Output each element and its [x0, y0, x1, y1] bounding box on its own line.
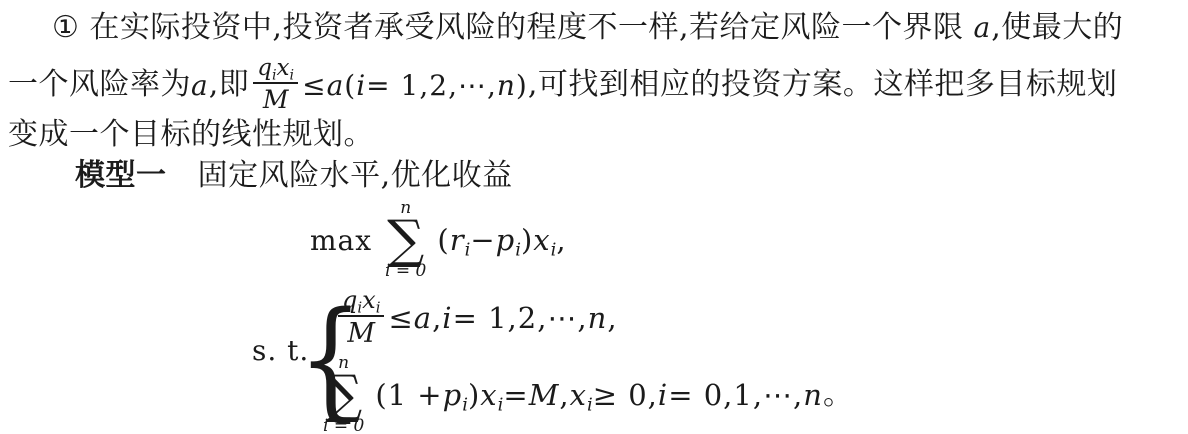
math-var-n: n [497, 69, 516, 102]
max-operator: max [310, 224, 372, 257]
sigma-symbol: ∑ [325, 373, 362, 417]
math-var-x: x [277, 55, 290, 81]
fraction-numerator: qixi [253, 55, 298, 83]
objective-formula: max n ∑ i = 0 ( ri − pi ) xi , [310, 200, 567, 280]
close-paren: ) [521, 223, 533, 257]
close-paren: ) [468, 378, 480, 412]
open-paren: ( [344, 69, 356, 102]
math-var-q: q [257, 55, 272, 81]
math-var-i: i [442, 301, 452, 335]
inline-fraction: qixi M [253, 55, 298, 116]
math-var-n: n [588, 301, 608, 335]
text-run: ① 在实际投资中,投资者承受风险的程度不一样,若给定风险一个界限 [52, 10, 974, 45]
math-var-p: pi [496, 223, 521, 257]
model-heading: 模型一 固定风险水平,优化收益 [75, 158, 513, 194]
text-run: 一个风险率为 [8, 67, 191, 103]
constraint-1: qixi M ≤ a , i = 1,2,⋯, n , [334, 286, 618, 350]
document-page: ① 在实际投资中,投资者承受风险的程度不一样,若给定风险一个界限 a,使最大的 … [0, 0, 1188, 434]
summation: n ∑ i = 0 [385, 199, 426, 281]
sigma-symbol: ∑ [387, 218, 424, 262]
var-letter: p [496, 223, 516, 257]
math-var-M: M [347, 317, 375, 351]
model-title: 固定风险水平,优化收益 [198, 158, 513, 193]
comma: , [432, 301, 442, 335]
comma: , [556, 223, 566, 257]
summation: n ∑ i = 0 [323, 354, 364, 434]
close-paren: ) [516, 69, 528, 102]
math-var-a: a [974, 11, 992, 44]
math-var-a: a [414, 301, 432, 335]
var-letter: x [570, 378, 587, 412]
math-var-x: x [362, 286, 376, 314]
fraction-numerator: qixi [338, 286, 384, 315]
math-var-q: q [342, 286, 357, 314]
math-var-a: a [327, 69, 345, 102]
math-var-M: M [263, 84, 289, 115]
text-run: ,可找到相应的投资方案。这样把多目标规划 [528, 67, 1118, 103]
math-var-p: pi [443, 378, 468, 412]
sum-lower-limit: i = 0 [323, 417, 364, 434]
subscript-i: i [290, 67, 295, 83]
math-var-M: M [529, 378, 560, 412]
equals-sign: = [503, 378, 528, 412]
paragraph-line-1: ① 在实际投资中,投资者承受风险的程度不一样,若给定风险一个界限 a,使最大的 [52, 10, 1123, 46]
math-var-x: xi [533, 223, 556, 257]
paragraph-line-3: 变成一个目标的线性规划。 [8, 117, 374, 153]
open-paren: ( [437, 223, 449, 257]
cjk-period: 。 [823, 377, 854, 413]
math-run: = 1,2,⋯, [366, 69, 497, 102]
leq-sign: ≤ [388, 301, 413, 335]
math-var-i: i [658, 378, 668, 412]
math-var-r: ri [450, 223, 471, 257]
text-run: ,即 [209, 67, 250, 103]
var-letter: x [480, 378, 497, 412]
math-var-a: a [191, 69, 209, 102]
display-fraction: qixi M [338, 286, 384, 351]
paragraph-line-2: 一个风险率为 a ,即 qixi M ≤ a ( i = 1,2,⋯, n ) … [8, 53, 1117, 117]
math-run: (1 + [375, 378, 442, 412]
math-var-x: xi [570, 378, 593, 412]
math-var-x: xi [480, 378, 503, 412]
subscript-i: i [376, 298, 381, 316]
minus-operator: − [470, 223, 495, 257]
var-letter: x [533, 223, 550, 257]
var-letter: r [450, 223, 465, 257]
sum-lower-limit: i = 0 [385, 262, 426, 281]
math-run: = 1,2,⋯, [453, 301, 588, 335]
comma: , [559, 378, 569, 412]
model-label: 模型一 [75, 158, 167, 193]
math-var-i: i [356, 69, 366, 102]
constraint-2: n ∑ i = 0 (1 + pi ) xi = M , xi ≥ 0, i =… [318, 356, 853, 434]
var-letter: p [443, 378, 463, 412]
text-run: ,使最大的 [991, 10, 1123, 45]
geq-run: ≥ 0, [593, 378, 658, 412]
math-run: = 0,1,⋯, [668, 378, 803, 412]
leq-sign: ≤ [302, 69, 326, 102]
comma: , [607, 301, 617, 335]
math-var-n: n [803, 378, 823, 412]
